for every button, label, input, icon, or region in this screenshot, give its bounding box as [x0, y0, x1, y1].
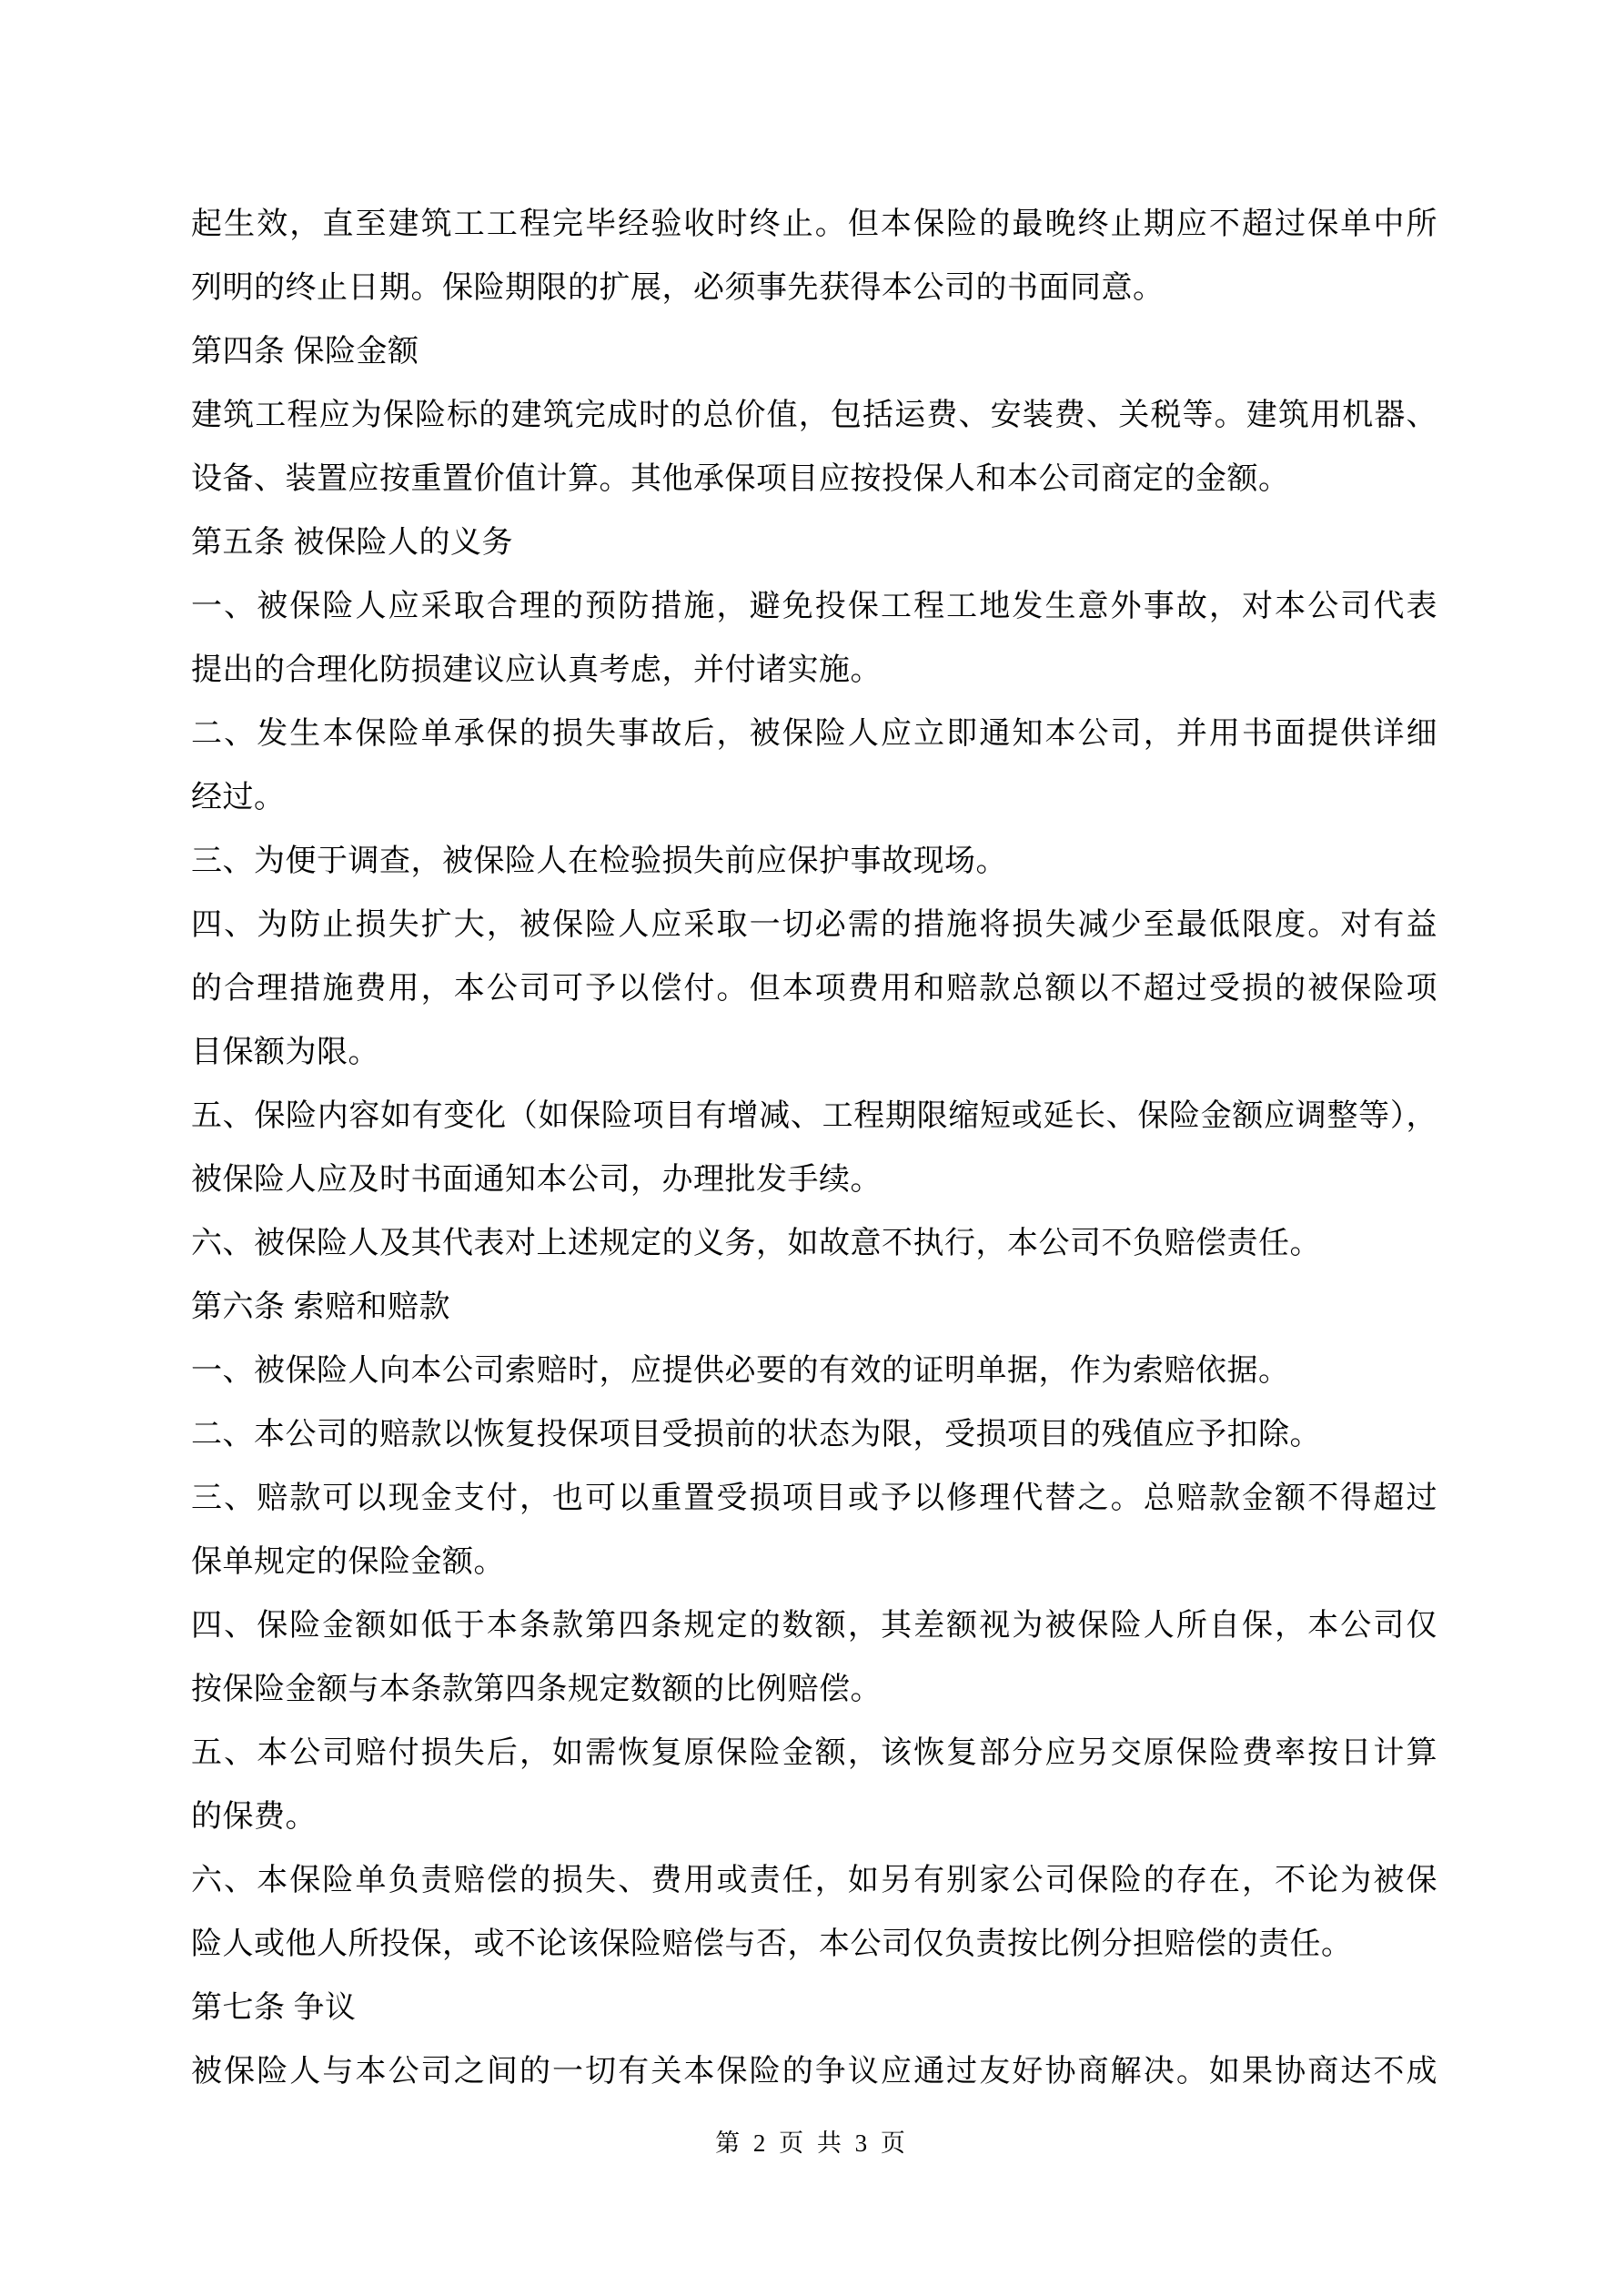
section-heading: 第六条 索赔和赔款	[191, 1276, 1437, 1340]
page-number: 第 2 页 共 3 页	[0, 2120, 1624, 2166]
section-heading: 第四条 保险金额	[191, 320, 1437, 384]
text-line: 三、为便于调查，被保险人在检验损失前应保护事故现场。	[191, 830, 1437, 894]
section-heading: 第五条 被保险人的义务	[191, 511, 1437, 575]
text-line: 六、被保险人及其代表对上述规定的义务，如故意不执行，本公司不负赔偿责任。	[191, 1212, 1437, 1276]
text-line: 列明的终止日期。保险期限的扩展，必须事先获得本公司的书面同意。	[191, 257, 1437, 320]
text-line: 六、本保险单负责赔偿的损失、费用或责任，如另有别家公司保险的存在，不论为被保	[191, 1849, 1437, 1913]
section-heading: 第七条 争议	[191, 1977, 1437, 2040]
document-page: 起生效，直至建筑工工程完毕经验收时终止。但本保险的最晚终止期应不超过保单中所列明…	[0, 0, 1624, 2296]
text-line: 二、本公司的赔款以恢复投保项目受损前的状态为限，受损项目的残值应予扣除。	[191, 1403, 1437, 1467]
text-line: 设备、装置应按重置价值计算。其他承保项目应按投保人和本公司商定的金额。	[191, 448, 1437, 511]
text-line: 一、被保险人应采取合理的预防措施，避免投保工程工地发生意外事故，对本公司代表	[191, 575, 1437, 639]
text-line: 的保费。	[191, 1785, 1437, 1849]
text-line: 三、赔款可以现金支付，也可以重置受损项目或予以修理代替之。总赔款金额不得超过	[191, 1467, 1437, 1531]
text-line: 一、被保险人向本公司索赔时，应提供必要的有效的证明单据，作为索赔依据。	[191, 1340, 1437, 1403]
text-line: 四、为防止损失扩大，被保险人应采取一切必需的措施将损失减少至最低限度。对有益	[191, 894, 1437, 957]
text-line: 二、发生本保险单承保的损失事故后，被保险人应立即通知本公司，并用书面提供详细	[191, 703, 1437, 766]
document-body: 起生效，直至建筑工工程完毕经验收时终止。但本保险的最晚终止期应不超过保单中所列明…	[191, 193, 1437, 2104]
text-line: 建筑工程应为保险标的建筑完成时的总价值，包括运费、安装费、关税等。建筑用机器、	[191, 384, 1437, 448]
text-line: 四、保险金额如低于本条款第四条规定的数额，其差额视为被保险人所自保，本公司仅	[191, 1594, 1437, 1658]
text-line: 经过。	[191, 766, 1437, 830]
text-line: 起生效，直至建筑工工程完毕经验收时终止。但本保险的最晚终止期应不超过保单中所	[191, 193, 1437, 257]
text-line: 险人或他人所投保，或不论该保险赔偿与否，本公司仅负责按比例分担赔偿的责任。	[191, 1913, 1437, 1977]
text-line: 五、保险内容如有变化（如保险项目有增减、工程期限缩短或延长、保险金额应调整等），	[191, 1085, 1437, 1148]
text-line: 被保险人与本公司之间的一切有关本保险的争议应通过友好协商解决。如果协商达不成	[191, 2040, 1437, 2104]
text-line: 目保额为限。	[191, 1021, 1437, 1085]
text-line: 保单规定的保险金额。	[191, 1531, 1437, 1594]
text-line: 的合理措施费用，本公司可予以偿付。但本项费用和赔款总额以不超过受损的被保险项	[191, 957, 1437, 1021]
text-line: 五、本公司赔付损失后，如需恢复原保险金额，该恢复部分应另交原保险费率按日计算	[191, 1722, 1437, 1785]
text-line: 被保险人应及时书面通知本公司，办理批发手续。	[191, 1148, 1437, 1212]
text-line: 按保险金额与本条款第四条规定数额的比例赔偿。	[191, 1658, 1437, 1722]
text-line: 提出的合理化防损建议应认真考虑，并付诸实施。	[191, 639, 1437, 703]
